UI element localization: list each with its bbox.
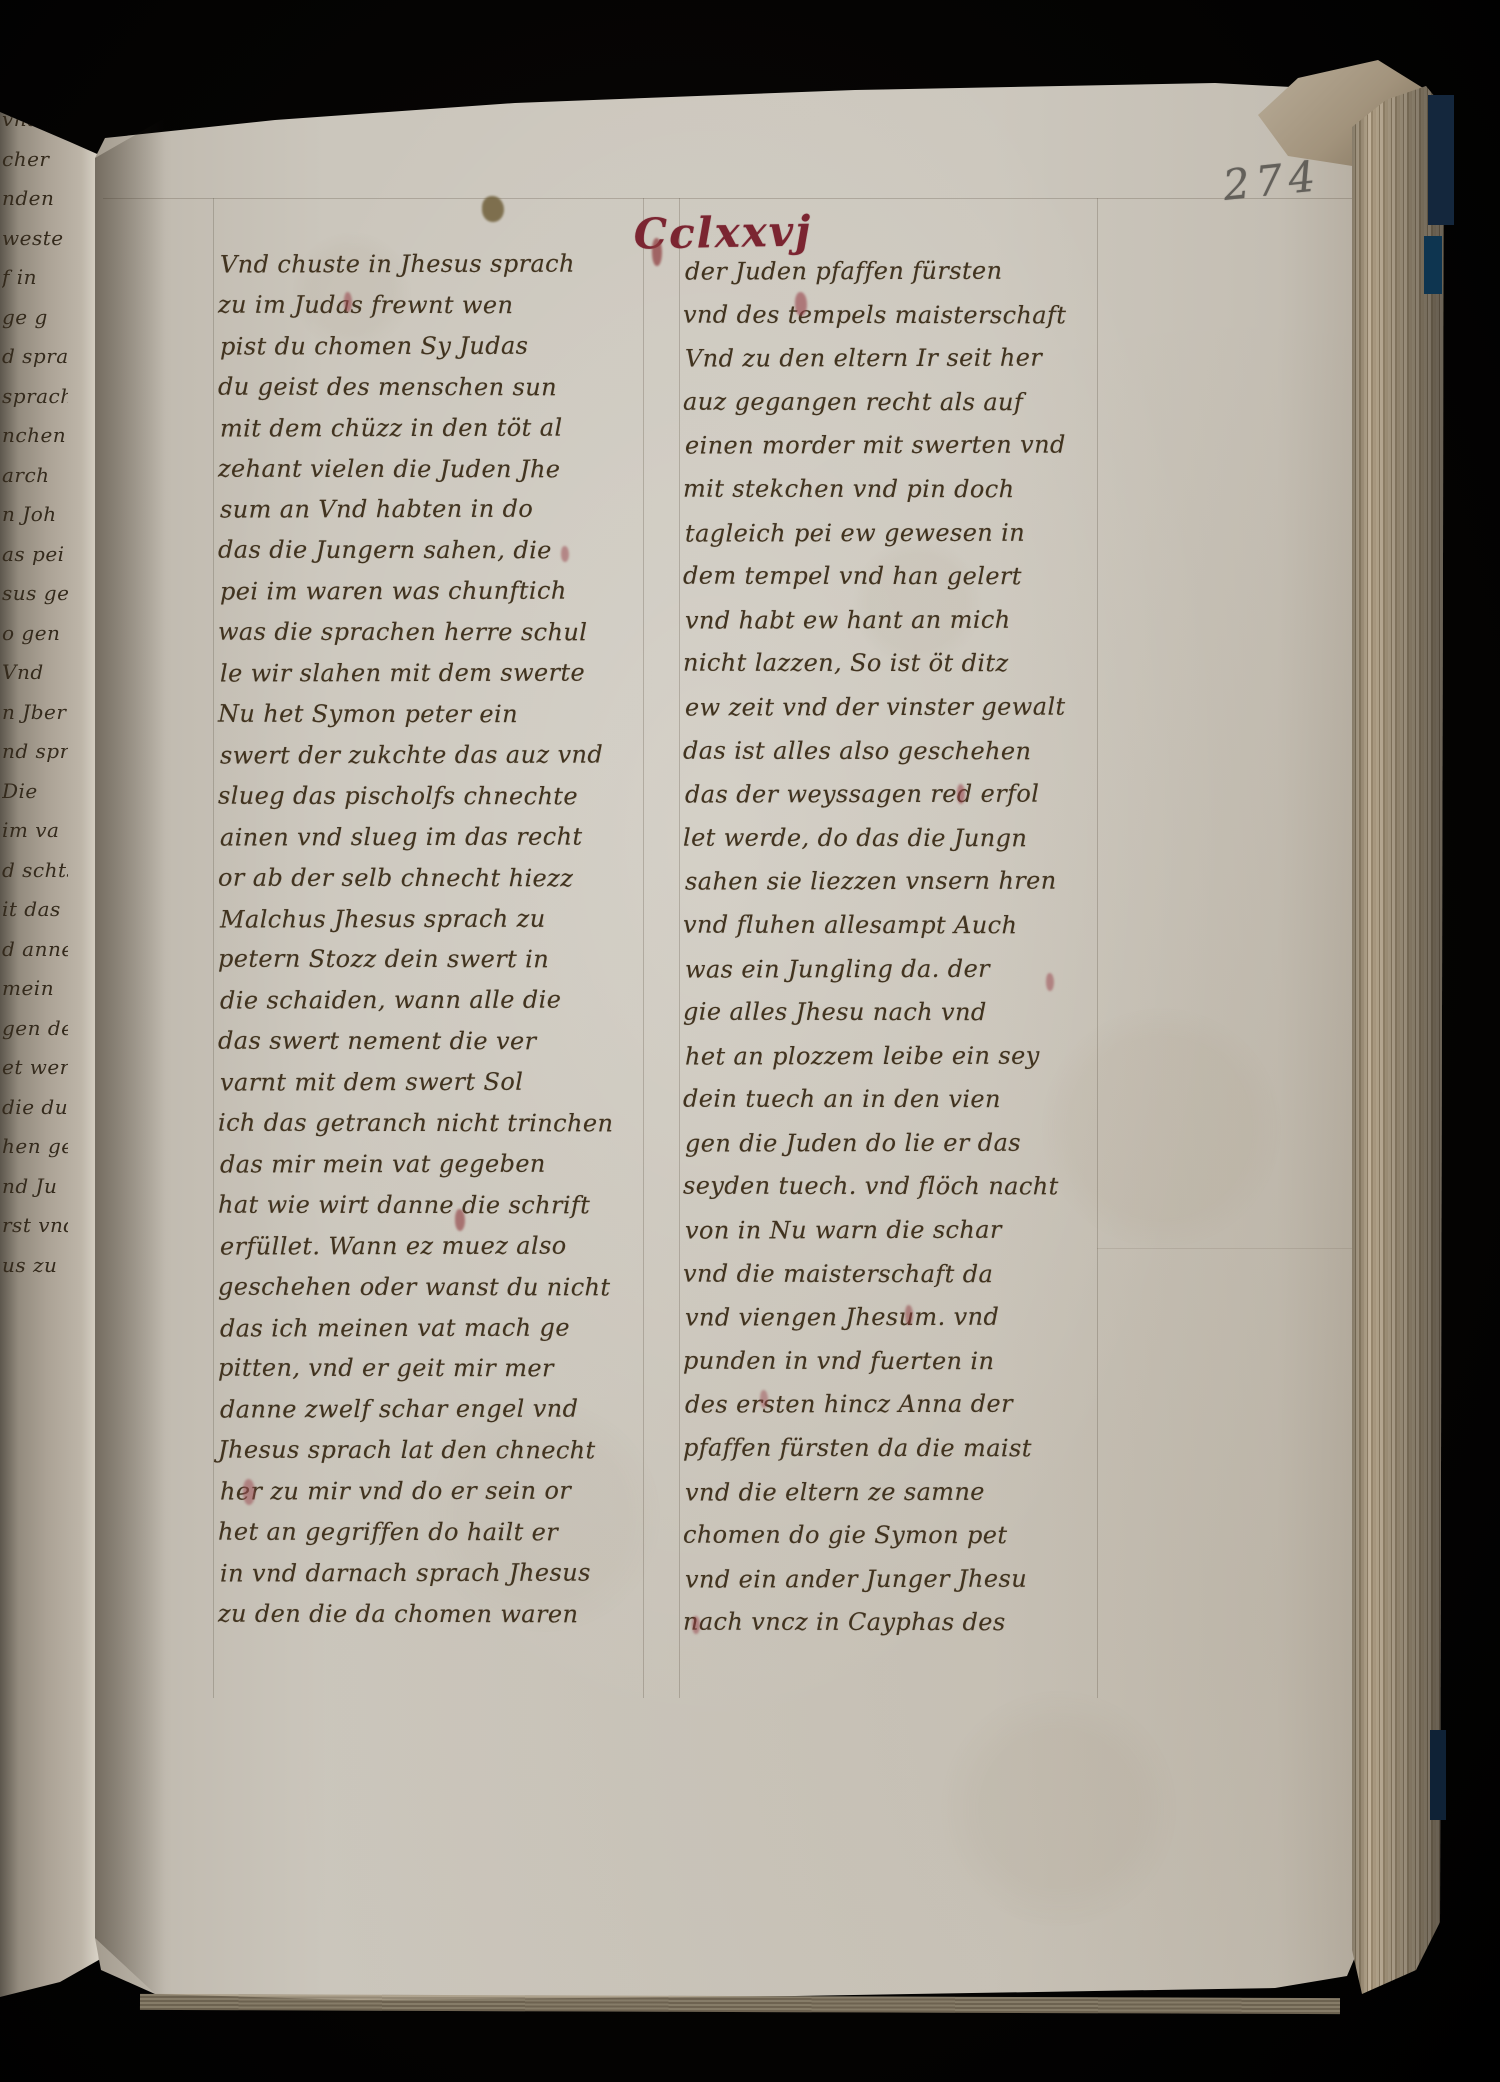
manuscript-text-line: nach vncz in Cayphas des: [683, 1601, 1103, 1645]
manuscript-text-line: dem tempel vnd han gelert: [683, 555, 1103, 599]
manuscript-text-line: der Juden pfaffen fürsten: [685, 249, 1105, 294]
manuscript-photo: vndcherndenwestef inge gd sprachsprachen…: [0, 0, 1500, 2082]
manuscript-text-line: ainen vnd slueg im das recht: [220, 816, 612, 858]
manuscript-text-line: das der weyssagen red erfol: [685, 773, 1105, 818]
manuscript-text-line: hat wie wirt danne die schrift: [218, 1185, 610, 1227]
margin-fragment-line: sus ge: [2, 574, 68, 614]
margin-fragment-line: d anne: [2, 930, 68, 970]
manuscript-text-line: vnd die maisterschaft da: [683, 1252, 1103, 1296]
margin-fragment-line: nchen: [2, 416, 68, 456]
margin-fragment-line: n Jber: [2, 693, 68, 733]
ruling-line-top: [103, 198, 1355, 199]
manuscript-text-line: die schaiden, wann alle die: [220, 980, 612, 1022]
manuscript-text-line: pei im waren was chunftich: [220, 571, 612, 613]
ruling-line-col2-left: [679, 198, 680, 1698]
manuscript-text-line: punden in vnd fuerten in: [683, 1339, 1103, 1383]
cover-sliver: [1430, 1730, 1446, 1820]
manuscript-text-line: geschehen oder wanst du nicht: [218, 1266, 610, 1308]
margin-fragment-line: as pei: [2, 535, 68, 575]
manuscript-text-line: varnt mit dem swert Sol: [220, 1062, 612, 1104]
gutter-shadow: [95, 58, 165, 2003]
manuscript-text-line: chomen do gie Symon pet: [683, 1514, 1103, 1558]
manuscript-text-line: gen die Juden do lie er das: [685, 1121, 1105, 1166]
manuscript-text-line: vnd die eltern ze samne: [685, 1470, 1105, 1515]
manuscript-text-line: das ist alles also geschehen: [683, 729, 1103, 773]
manuscript-text-line: gie alles Jhesu nach vnd: [683, 991, 1103, 1035]
text-column-left: Vnd chuste in Jhesus sprachzu im Judas f…: [218, 244, 610, 1635]
ruling-line-right-margin: [1097, 1248, 1355, 1249]
margin-fragment-line: die du: [2, 1088, 68, 1128]
manuscript-text-line: das mir mein vat gegeben: [220, 1143, 612, 1185]
manuscript-text-line: Nu het Symon peter ein: [218, 694, 610, 736]
manuscript-text-line: vnd habt ew hant an mich: [685, 598, 1105, 643]
margin-fragment-line: Die: [2, 772, 68, 812]
manuscript-text-line: sahen sie liezzen vnsern hren: [685, 860, 1105, 905]
manuscript-text-line: petern Stozz dein swert in: [218, 939, 610, 981]
manuscript-text-line: mit stekchen vnd pin doch: [683, 468, 1103, 512]
manuscript-text-line: swert der zukchte das auz vnd: [220, 734, 612, 776]
margin-fragment-line: us zu: [2, 1246, 68, 1286]
manuscript-text-line: sum an Vnd habten in do: [220, 489, 612, 531]
manuscript-text-line: pist du chomen Sy Judas: [220, 325, 612, 367]
manuscript-text-line: let werde, do das die Jungn: [683, 816, 1103, 860]
manuscript-page: Cclxxvj 274 Vnd chuste in Jhesus sprachz…: [95, 58, 1380, 2003]
manuscript-text-line: ew zeit vnd der vinster gewalt: [685, 685, 1105, 730]
margin-fragment-line: n Joh: [2, 495, 68, 535]
folio-number: 274: [1221, 151, 1324, 210]
manuscript-text-line: du geist des menschen sun: [218, 366, 610, 408]
manuscript-text-line: her zu mir vnd do er sein or: [220, 1471, 612, 1513]
manuscript-text-line: was die sprachen herre schul: [218, 612, 610, 654]
margin-fragment-line: ge g: [2, 298, 68, 338]
ruling-line-col1-left: [213, 198, 214, 1698]
manuscript-text-line: dein tuech an in den vien: [683, 1078, 1103, 1122]
margin-fragment-line: vnd: [2, 100, 68, 140]
manuscript-text-line: vnd viengen Jhesum. vnd: [685, 1296, 1105, 1341]
manuscript-text-line: Vnd zu den eltern Ir seit her: [685, 337, 1105, 382]
manuscript-text-line: Jhesus sprach lat den chnecht: [218, 1430, 610, 1472]
margin-fragment-line: it das: [2, 890, 68, 930]
bottom-page-stack: [140, 1994, 1340, 2014]
manuscript-text-line: pitten, vnd er geit mir mer: [218, 1348, 610, 1390]
manuscript-text-line: Vnd chuste in Jhesus sprach: [220, 243, 612, 285]
manuscript-text-line: het an gegriffen do hailt er: [218, 1512, 610, 1554]
manuscript-text-line: het an plozzem leibe ein sey: [685, 1034, 1105, 1079]
margin-fragment-line: gen des: [2, 1009, 68, 1049]
margin-fragment-line: arch: [2, 456, 68, 496]
margin-fragment-line: rst vnd: [2, 1206, 68, 1246]
margin-fragment-line: hen ge: [2, 1127, 68, 1167]
manuscript-text-line: nicht lazzen, So ist öt ditz: [683, 642, 1103, 686]
manuscript-text-line: pfaffen fürsten da die maist: [683, 1427, 1103, 1471]
manuscript-text-line: or ab der selb chnecht hiezz: [218, 857, 610, 899]
manuscript-text-line: vnd ein ander Junger Jhesu: [685, 1557, 1105, 1602]
manuscript-text-line: das ich meinen vat mach ge: [220, 1307, 612, 1349]
margin-fragment-line: nden: [2, 179, 68, 219]
manuscript-text-line: vnd fluhen allesampt Auch: [683, 904, 1103, 948]
margin-fragment-line: et werde: [2, 1048, 68, 1088]
ruling-line-col1-right: [643, 198, 644, 1698]
margin-fragment-line: d schts: [2, 851, 68, 891]
margin-fragment-line: d sprach: [2, 337, 68, 377]
cover-sliver: [1428, 95, 1454, 225]
margin-fragment-line: mein: [2, 969, 68, 1009]
manuscript-text-line: Malchus Jhesus sprach zu: [220, 898, 612, 940]
manuscript-text-line: seyden tuech. vnd flöch nacht: [683, 1165, 1103, 1209]
manuscript-text-line: erfüllet. Wann ez muez also: [220, 1225, 612, 1267]
manuscript-text-line: zu im Judas frewnt wen: [218, 285, 610, 327]
manuscript-text-line: zu den die da chomen waren: [218, 1594, 610, 1636]
book-fore-edge: [1352, 82, 1444, 1994]
margin-fragment-line: f in: [2, 258, 68, 298]
manuscript-text-line: das swert nement die ver: [218, 1021, 610, 1063]
manuscript-text-line: vnd des tempels maisterschaft: [683, 293, 1103, 337]
manuscript-text-line: mit dem chüzz in den töt al: [220, 407, 612, 449]
manuscript-text-line: ich das getranch nicht trinchen: [218, 1103, 610, 1145]
margin-fragment-line: cher: [2, 140, 68, 180]
margin-fragment-line: weste: [2, 219, 68, 259]
manuscript-text-line: einen morder mit swerten vnd: [685, 424, 1105, 469]
manuscript-text-line: von in Nu warn die schar: [685, 1209, 1105, 1254]
manuscript-text-line: das die Jungern sahen, die: [218, 530, 610, 572]
margin-fragment-line: o gen: [2, 614, 68, 654]
manuscript-text-line: slueg das pischolfs chnechte: [218, 775, 610, 817]
manuscript-text-line: tagleich pei ew gewesen in: [685, 511, 1105, 556]
text-column-right: der Juden pfaffen fürstenvnd des tempels…: [683, 250, 1103, 1645]
manuscript-text-line: le wir slahen mit dem swerte: [220, 653, 612, 695]
margin-fragment-line: nd sprach: [2, 732, 68, 772]
margin-fragment-line: Vnd: [2, 653, 68, 693]
manuscript-text-line: auz gegangen recht als auf: [683, 380, 1103, 424]
facing-page-sliver: vndcherndenwestef inge gd sprachsprachen…: [0, 52, 104, 1997]
manuscript-text-line: in vnd darnach sprach Jhesus: [220, 1552, 612, 1594]
margin-fragment-line: nd Ju: [2, 1167, 68, 1207]
manuscript-text-line: danne zwelf schar engel vnd: [220, 1389, 612, 1431]
manuscript-text-line: des ersten hincz Anna der: [685, 1383, 1105, 1428]
margin-fragments: vndcherndenwestef inge gd sprachsprachen…: [2, 100, 68, 1285]
manuscript-text-line: was ein Jungling da. der: [685, 947, 1105, 992]
margin-fragment-line: sprachen: [2, 377, 68, 417]
margin-fragment-line: im va: [2, 811, 68, 851]
cover-sliver: [1424, 236, 1442, 294]
manuscript-text-line: zehant vielen die Juden Jhe: [218, 448, 610, 490]
